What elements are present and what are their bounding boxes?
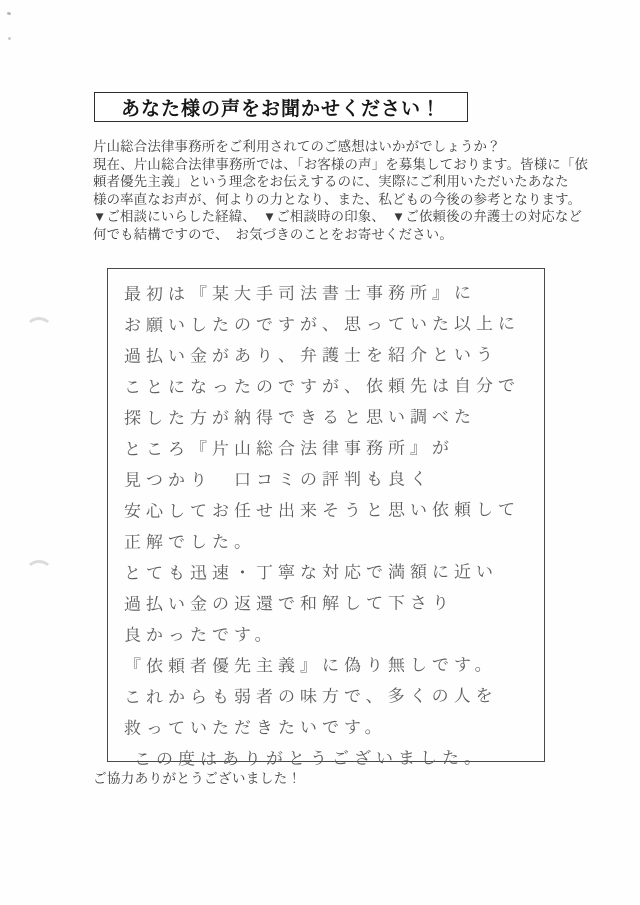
testimonial-line: とても迅速・丁寧な対応で満額に近い — [124, 557, 544, 590]
dust-speck — [7, 11, 12, 15]
scanned-feedback-sheet: あなた様の声をお聞かせください！ 片山総合法律事務所をご利用されてのご感想はいか… — [0, 0, 640, 905]
page-title: あなた様の声をお聞かせください！ — [121, 93, 441, 121]
testimonial-line: 良かったです。 — [124, 619, 544, 652]
header-box: あなた様の声をお聞かせください！ — [94, 92, 468, 122]
testimonial-line: 救っていただきたいです。 — [124, 712, 544, 745]
testimonial-line: お願いしたのですが、思っていた以上に — [124, 309, 544, 342]
testimonial-line: ことになったのですが、依頼先は自分で — [124, 371, 544, 404]
intro-paragraph: 片山総合法律事務所をご利用されてのご感想はいかがでしょうか？ 現在、片山総合法律… — [93, 138, 563, 244]
testimonial-box: 最初は『某大手司法書士事務所』に お願いしたのですが、思っていた以上に 過払い金… — [107, 268, 545, 762]
testimonial-line: 見つかり 口コミの評判も良く — [124, 464, 544, 497]
testimonial-line: 過払い金の返還で和解して下さり — [124, 588, 544, 621]
dust-speck — [8, 37, 11, 40]
testimonial-line: 過払い金があり、弁護士を紹介という — [124, 340, 544, 373]
testimonial-line: 『依頼者優先主義』に偽り無しです。 — [124, 650, 544, 683]
intro-line: 片山総合法律事務所をご利用されてのご感想はいかがでしょうか？ — [93, 138, 563, 156]
hole-punch-mark — [25, 560, 53, 586]
intro-line: 何でも結構ですので、 お気づきのことをお寄せください。 — [93, 226, 563, 244]
intro-line: ▼ご相談にいらした経緯、 ▼ご相談時の印象、 ▼ご依頼後の弁護士の対応など — [93, 208, 563, 226]
intro-line: 様の率直なお声が、何よりの力となり、また、私どもの今後の参考となります。 — [93, 191, 563, 209]
intro-line: 現在、片山総合法律事務所では、「お客様の声」を募集しております。皆様に「依 — [93, 156, 563, 174]
testimonial-line: これからも弱者の味方で、多くの人を — [124, 681, 544, 714]
intro-line: 頼者優先主義」という理念をお伝えするのに、実際にご利用いただいたあなた — [93, 173, 563, 191]
footer-thanks: ご協力ありがとうございました！ — [93, 767, 301, 787]
testimonial-line: 安心してお任せ出来そうと思い依頼して — [124, 495, 544, 528]
testimonial-line: 正解でした。 — [124, 526, 544, 559]
testimonial-line: 最初は『某大手司法書士事務所』に — [124, 278, 544, 311]
hole-punch-mark — [25, 317, 53, 343]
testimonial-line: ところ『片山総合法律事務所』が — [124, 433, 544, 466]
testimonial-line: 探した方が納得できると思い調べた — [124, 402, 544, 435]
